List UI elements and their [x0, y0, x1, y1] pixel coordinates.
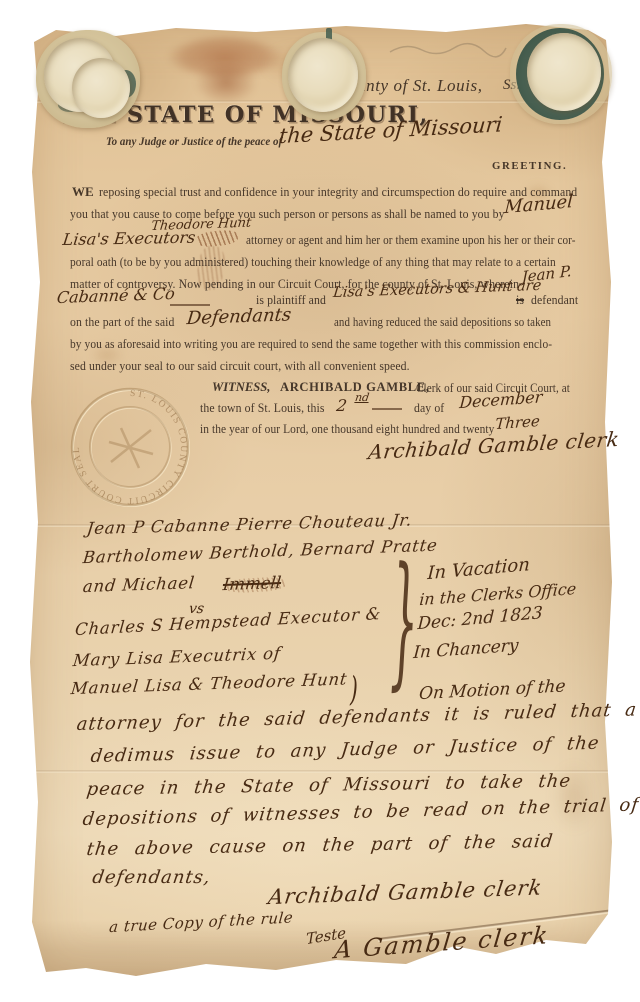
wafer-seal-right — [527, 33, 601, 111]
hw-lisas-executors: Lisa's Executors — [62, 228, 197, 249]
witness-word: WITNESS, — [212, 380, 270, 395]
wafer-seal-left-overlap — [72, 58, 130, 118]
body-line-2: you that you cause to come before you su… — [70, 207, 505, 222]
witness-day-of: day of — [414, 401, 444, 416]
body-line-6-end: defendant — [531, 293, 578, 308]
body-we: WE — [72, 184, 94, 200]
hw-defendants: Defendants — [186, 304, 292, 329]
caption-close-paren: ) — [350, 668, 358, 709]
hw-day-ordinal: nd — [354, 391, 370, 404]
body-line-9: sed under your seal to our said circuit … — [70, 359, 410, 374]
order-line-6: defendants, — [91, 867, 212, 888]
body-line-4: poral oath (to be by you administered) t… — [70, 255, 556, 270]
blank-line — [372, 408, 402, 410]
caption-brace: } — [390, 540, 418, 706]
witness-line-2: the town of St. Louis, this — [200, 401, 325, 416]
body-line-3: attorney or agent and him her or them ex… — [246, 233, 576, 248]
body-line-7: on the part of the said — [70, 315, 175, 330]
body-line-7-end: and having reduced the said depositions … — [334, 315, 551, 330]
faint-pencil-marks — [388, 40, 508, 60]
caption-plaintiff-3: and Michael — [82, 573, 196, 596]
hw-year-three: Three — [495, 412, 541, 433]
document-scan: ST. LOUIS COUNTY CIRCUIT COURT SEAL Coun… — [0, 0, 640, 1002]
greeting-label: GREETING. — [492, 160, 567, 172]
wafer-seal-center — [288, 38, 358, 112]
embossed-court-seal: ST. LOUIS COUNTY CIRCUIT COURT SEAL — [63, 380, 197, 514]
blank-line — [170, 304, 210, 306]
body-line-8: by you as aforesaid into writing you are… — [70, 337, 552, 352]
struck-word-is: is — [516, 293, 524, 308]
salutation-printed: To any Judge or Justice of the peace of — [106, 136, 282, 148]
